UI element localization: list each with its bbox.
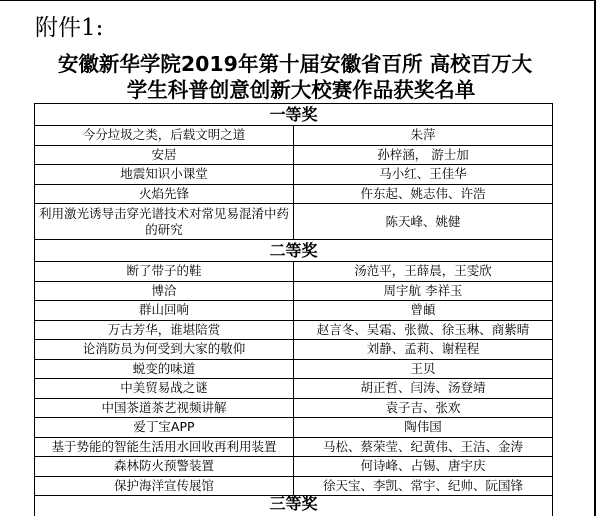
section-header-first-prize: 一等奖 — [35, 104, 553, 126]
work-title-cell: 基于势能的智能生活用水回收再利用装置 — [35, 437, 294, 457]
work-title-cell: 安居 — [35, 145, 294, 165]
table-row: 中国茶道茶艺视频讲解 袁子吉、张欢 — [35, 398, 553, 418]
table-row: 群山回响 曾頔 — [35, 301, 553, 321]
authors-cell: 汤范平，王薛晨，王雯欣 — [294, 262, 553, 282]
section-header-third-prize: 三等奖 — [35, 496, 553, 516]
authors-cell: 王贝 — [294, 359, 553, 379]
authors-cell: 曾頔 — [294, 301, 553, 321]
authors-cell: 马松、蔡荣莹、纪黄伟、王洁、金涛 — [294, 437, 553, 457]
table-row: 爱丁宝APP 陶伟国 — [35, 418, 553, 438]
authors-cell: 刘静、孟莉、谢程程 — [294, 340, 553, 360]
attachment-label: 附件1: — [35, 14, 103, 42]
table-row: 基于势能的智能生活用水回收再利用装置 马松、蔡荣莹、纪黄伟、王洁、金涛 — [35, 437, 553, 457]
work-title-cell: 森林防火预警装置 — [35, 457, 294, 477]
work-title-cell: 利用激光诱导击穿光谱技术对常见易混淆中药的研究 — [35, 204, 294, 240]
table-row: 中美贸易战之谜 胡正哲、闫涛、汤登靖 — [35, 379, 553, 399]
work-title-cell: 中国茶道茶艺视频讲解 — [35, 398, 294, 418]
authors-cell: 马小红、王佳华 — [294, 165, 553, 185]
authors-cell: 何诗峰、占锡、唐宇庆 — [294, 457, 553, 477]
table-row: 保护海洋宣传展馆 徐天宝、李凯、常宇、纪帅、阮国锋 — [35, 476, 553, 496]
work-title-cell: 保护海洋宣传展馆 — [35, 476, 294, 496]
document-title-line-2: 学生科普创意创新大校赛作品获奖名单 — [6, 77, 596, 103]
authors-cell: 胡正哲、闫涛、汤登靖 — [294, 379, 553, 399]
section-header-label: 一等奖 — [35, 104, 553, 126]
work-title-cell: 中美贸易战之谜 — [35, 379, 294, 399]
table-row: 利用激光诱导击穿光谱技术对常见易混淆中药的研究 陈天峰、姚健 — [35, 204, 553, 240]
work-title-cell: 万古芳华，谁堪陪赏 — [35, 320, 294, 340]
authors-cell: 周宇航 李祥玉 — [294, 281, 553, 301]
work-title-cell: 论消防员为何受到大家的敬仰 — [35, 340, 294, 360]
table-row: 今分垃圾之类，后载文明之道 朱萍 — [35, 126, 553, 146]
authors-cell: 徐天宝、李凯、常宇、纪帅、阮国锋 — [294, 476, 553, 496]
work-title-cell: 爱丁宝APP — [35, 418, 294, 438]
authors-cell: 仵东起、姚志伟、许浩 — [294, 184, 553, 204]
work-title-cell: 火焰先锋 — [35, 184, 294, 204]
authors-cell: 陈天峰、姚健 — [294, 204, 553, 240]
document-title-line-1: 安徽新华学院2019年第十届安徽省百所 高校百万大 — [0, 51, 590, 77]
work-title-cell: 蜕变的味道 — [35, 359, 294, 379]
table-row: 森林防火预警装置 何诗峰、占锡、唐宇庆 — [35, 457, 553, 477]
work-title-cell: 博洽 — [35, 281, 294, 301]
authors-cell: 赵言冬、吴霜、张微、徐玉琳、商紫晴 — [294, 320, 553, 340]
section-header-second-prize: 二等奖 — [35, 240, 553, 262]
work-title-cell: 断了带子的鞋 — [35, 262, 294, 282]
authors-cell: 陶伟国 — [294, 418, 553, 438]
table-row: 地震知识小课堂 马小红、王佳华 — [35, 165, 553, 185]
section-header-label: 二等奖 — [35, 240, 553, 262]
authors-cell: 袁子吉、张欢 — [294, 398, 553, 418]
award-list-table: 一等奖 今分垃圾之类，后载文明之道 朱萍 安居 孙梓涵， 游士加 地震知识小课堂… — [34, 103, 553, 516]
authors-cell: 孙梓涵， 游士加 — [294, 145, 553, 165]
work-title-cell: 群山回响 — [35, 301, 294, 321]
table-row: 论消防员为何受到大家的敬仰 刘静、孟莉、谢程程 — [35, 340, 553, 360]
work-title-cell: 地震知识小课堂 — [35, 165, 294, 185]
authors-cell: 朱萍 — [294, 126, 553, 146]
table-row: 火焰先锋 仵东起、姚志伟、许浩 — [35, 184, 553, 204]
table-row: 万古芳华，谁堪陪赏 赵言冬、吴霜、张微、徐玉琳、商紫晴 — [35, 320, 553, 340]
section-header-label: 三等奖 — [35, 496, 553, 516]
work-title-cell: 今分垃圾之类，后载文明之道 — [35, 126, 294, 146]
table-row: 博洽 周宇航 李祥玉 — [35, 281, 553, 301]
table-row: 断了带子的鞋 汤范平，王薛晨，王雯欣 — [35, 262, 553, 282]
page-frame-top-border — [0, 0, 596, 1]
table-row: 蜕变的味道 王贝 — [35, 359, 553, 379]
table-row: 安居 孙梓涵， 游士加 — [35, 145, 553, 165]
